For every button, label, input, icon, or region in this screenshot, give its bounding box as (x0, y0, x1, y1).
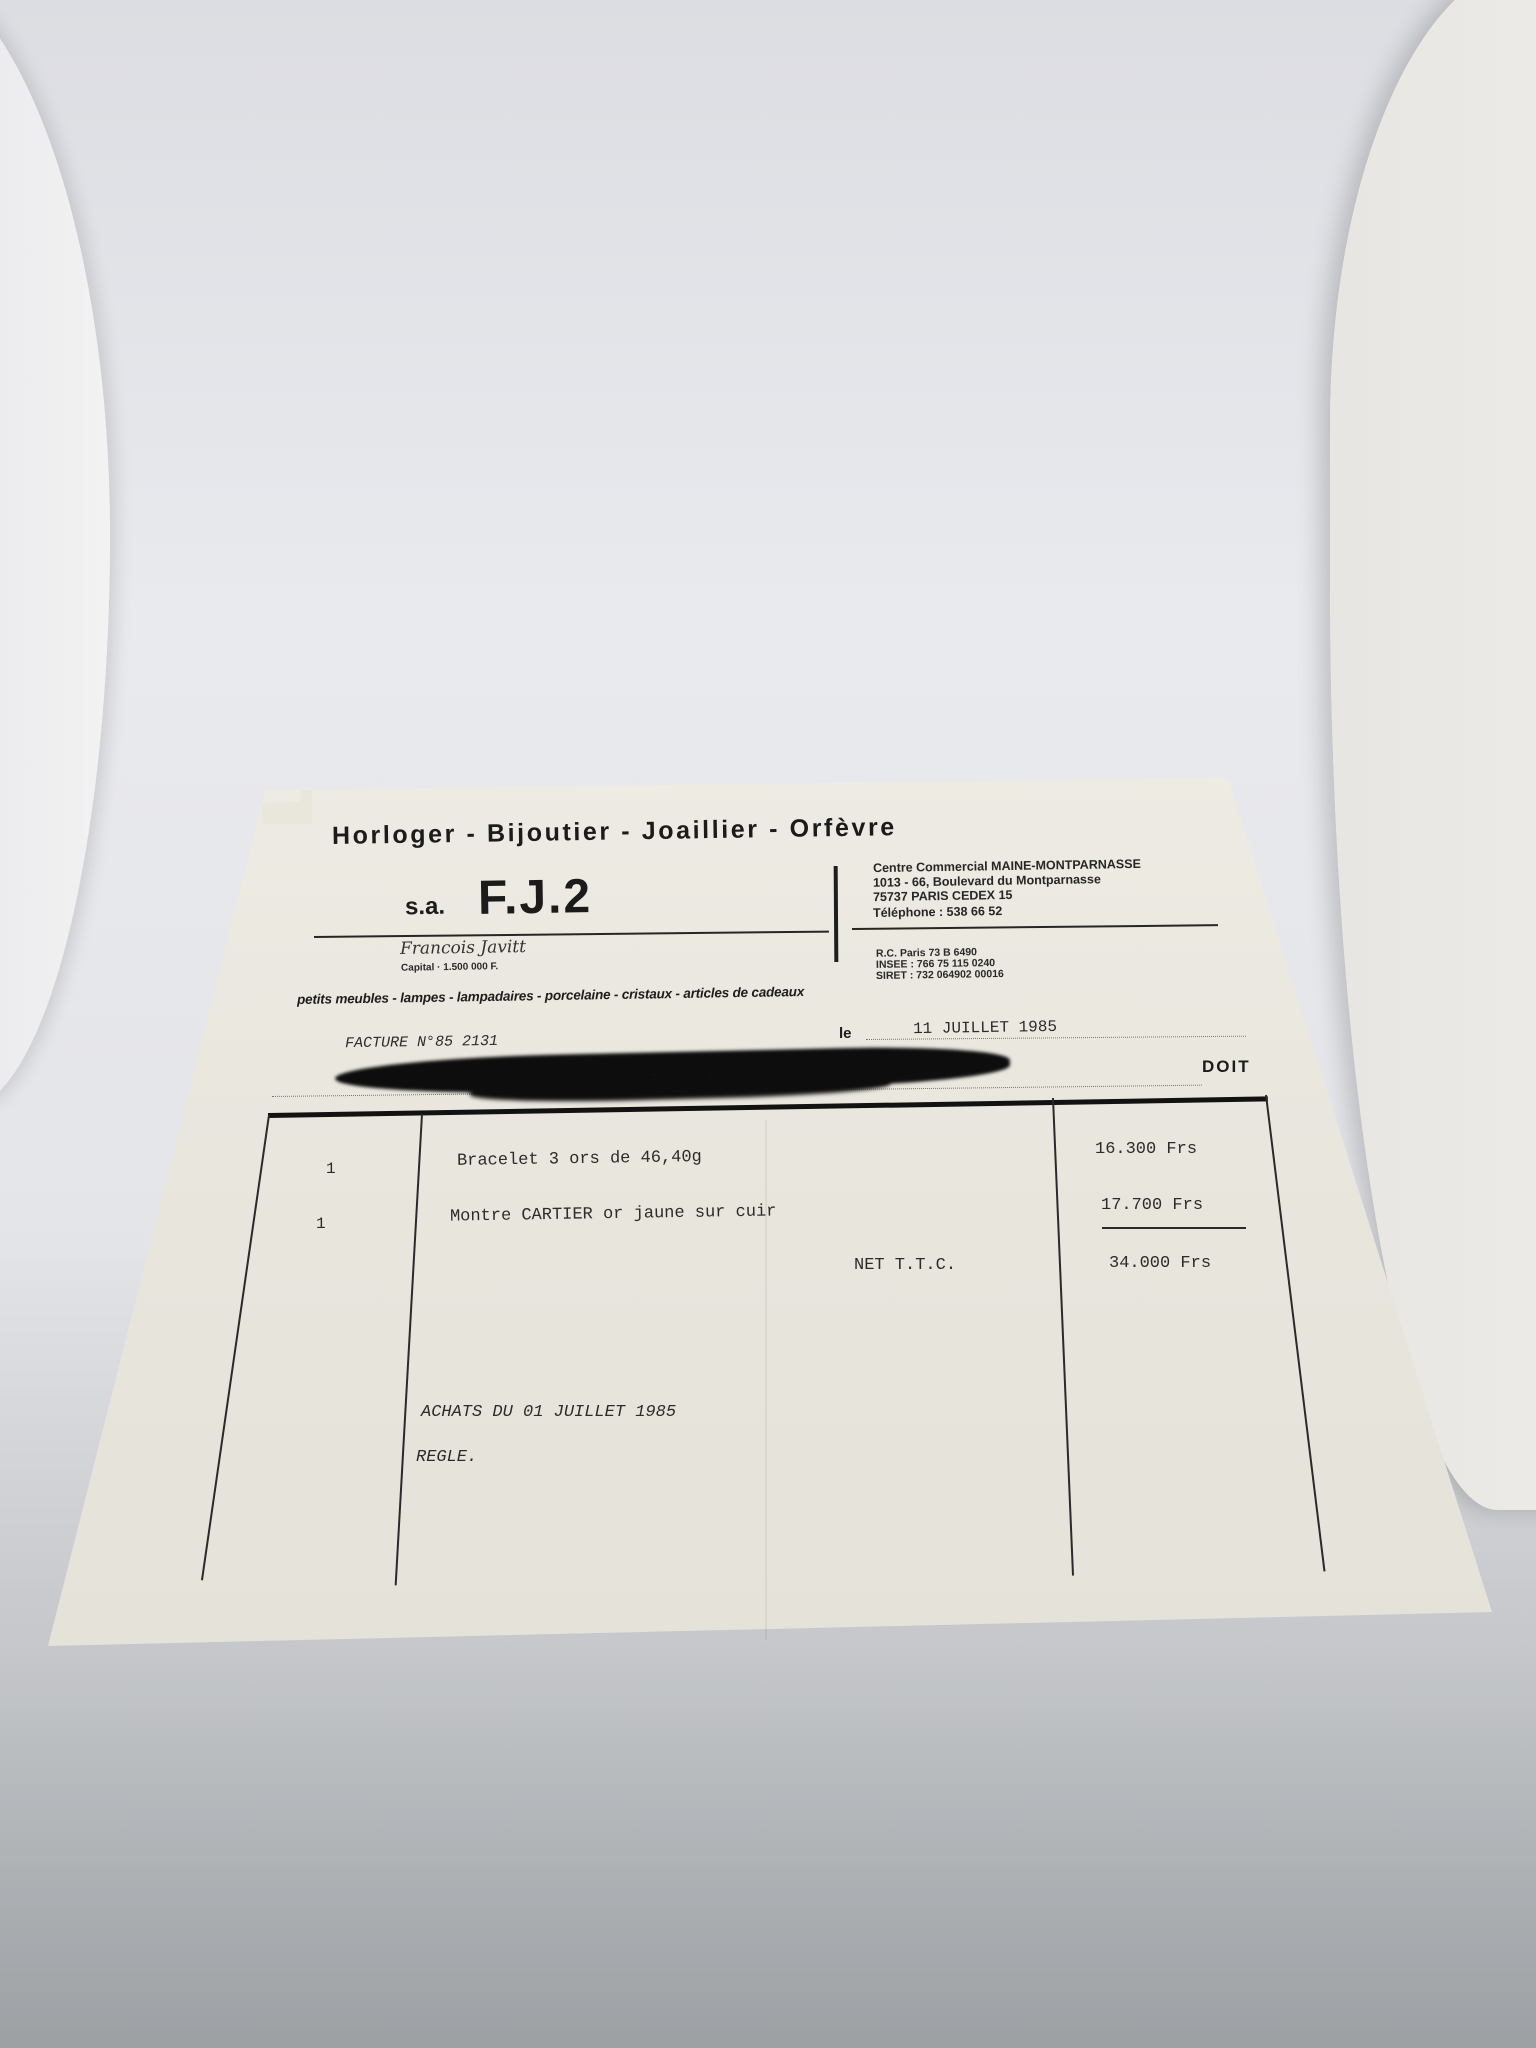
invoice-date: 11 JUILLET 1985 (913, 1018, 1057, 1038)
item-1-description: Bracelet 3 ors de 46,40g (457, 1148, 702, 1171)
total-label: NET T.T.C. (854, 1256, 956, 1275)
address-line-3: 75737 PARIS CEDEX 15 (873, 888, 1013, 904)
trades-heading: Horloger - Bijoutier - Joaillier - Orfèv… (332, 813, 897, 851)
header-rule-right (852, 924, 1218, 930)
total-amount: 34.000 Frs (1109, 1254, 1211, 1273)
header-divider (834, 866, 839, 962)
date-label: le (839, 1025, 852, 1042)
table-col-amount (1052, 1098, 1074, 1576)
company-prefix: s.a. (405, 893, 445, 922)
address-phone: Téléphone : 538 66 52 (873, 904, 1002, 920)
table-col-qty (395, 1114, 423, 1585)
owner-signature: Francois Javitt (400, 937, 526, 959)
address-line-2: 1013 - 66, Boulevard du Montparnasse (873, 872, 1101, 890)
table-top-rule (268, 1096, 1268, 1118)
note-purchase-date: ACHATS DU 01 JUILLET 1985 (421, 1403, 676, 1422)
company-name: F.J.2 (478, 869, 593, 926)
item-2-qty: 1 (316, 1215, 326, 1233)
products-line: petits meubles - lampes - lampadaires - … (297, 984, 804, 1007)
invoice-content: Horloger - Bijoutier - Joaillier - Orfèv… (0, 0, 1536, 2048)
note-paid: REGLE. (416, 1448, 477, 1467)
item-1-qty: 1 (326, 1160, 336, 1178)
capital-text: Capital · 1.500 000 F. (401, 961, 498, 974)
item-2-description: Montre CARTIER or jaune sur cuir (450, 1202, 777, 1226)
subtotal-underline (1102, 1227, 1246, 1229)
paper-fold-crease (765, 1120, 767, 1640)
header-rule-left (314, 931, 829, 938)
item-2-amount: 17.700 Frs (1101, 1196, 1203, 1215)
doit-label: DOIT (1202, 1057, 1251, 1077)
item-1-amount: 16.300 Frs (1095, 1140, 1197, 1159)
table-col-right (1265, 1095, 1325, 1572)
table-col-left (201, 1115, 270, 1580)
registration-siret: SIRET : 732 064902 00016 (876, 968, 1004, 982)
invoice-number: FACTURE N°85 2131 (345, 1033, 498, 1052)
